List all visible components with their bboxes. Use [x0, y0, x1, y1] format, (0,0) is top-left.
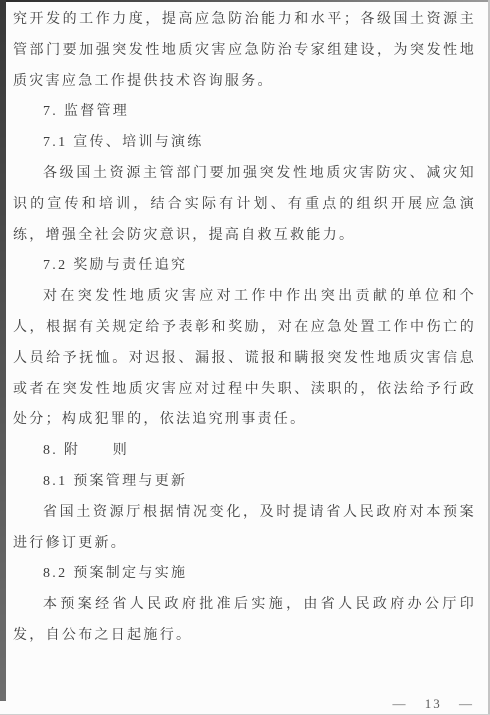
- scan-edge-top: [0, 0, 490, 2]
- document-body: 究开发的工作力度，提高应急防治能力和水平；各级国土资源主管部门要加强突发性地质灾…: [13, 5, 476, 652]
- heading-8-2: 8.2 预案制定与实施: [13, 559, 476, 590]
- heading-7-2: 7.2 奖励与责任追究: [13, 251, 476, 282]
- paragraph-continuation: 究开发的工作力度，提高应急防治能力和水平；各级国土资源主管部门要加强突发性地质灾…: [13, 5, 476, 97]
- scan-edge-left: [0, 0, 6, 701]
- scanned-document-page: 究开发的工作力度，提高应急防治能力和水平；各级国土资源主管部门要加强突发性地质灾…: [0, 0, 490, 715]
- heading-8-1: 8.1 预案管理与更新: [13, 467, 476, 498]
- heading-8: 8. 附 则: [13, 436, 476, 467]
- paragraph-7-2-body: 对在突发性地质灾害应对工作中作出突出贡献的单位和个人，根据有关规定给予表彰和奖励…: [13, 282, 476, 436]
- heading-7-1: 7.1 宣传、培训与演练: [13, 128, 476, 159]
- paragraph-7-1-body: 各级国土资源主管部门要加强突发性地质灾害防灾、减灾知识的宣传和培训，结合实际有计…: [13, 159, 476, 251]
- page-number: — 13 —: [393, 696, 475, 712]
- heading-7: 7. 监督管理: [13, 97, 476, 128]
- paragraph-8-1-body: 省国土资源厅根据情况变化，及时提请省人民政府对本预案进行修订更新。: [13, 498, 476, 560]
- paragraph-8-2-body: 本预案经省人民政府批准后实施，由省人民政府办公厅印发，自公布之日起施行。: [13, 590, 476, 652]
